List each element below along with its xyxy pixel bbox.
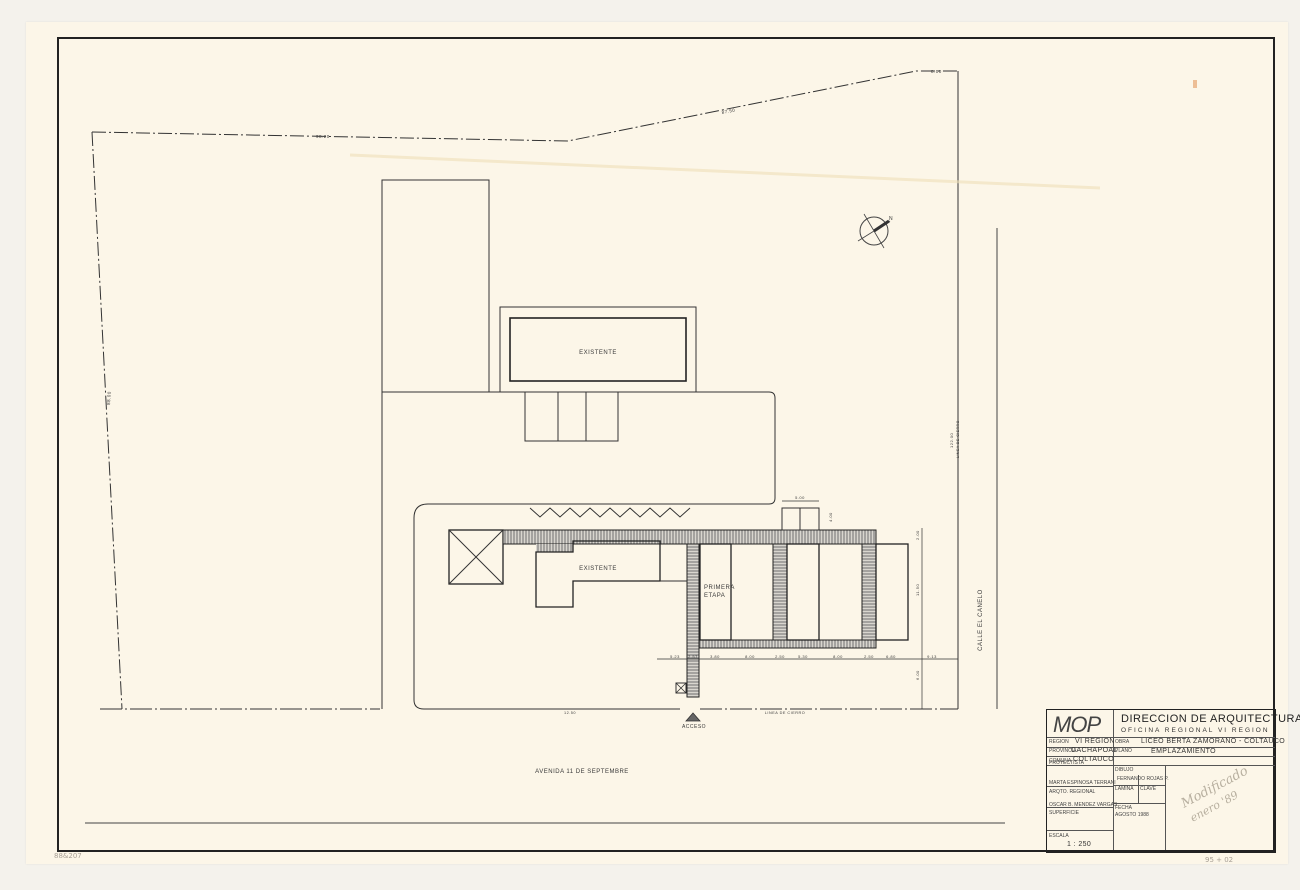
svg-text:87.50: 87.50 [721, 107, 735, 115]
svg-text:5.23: 5.23 [670, 654, 680, 659]
svg-text:4.00: 4.00 [828, 512, 833, 522]
subtitle: OFICINA REGIONAL VI REGION [1121, 727, 1270, 734]
site-boundary [92, 71, 958, 709]
corridor-access [687, 544, 699, 697]
stamp-bottom-right: 95 + 02 [1205, 856, 1233, 864]
svg-text:2.57: 2.57 [688, 654, 698, 659]
svg-text:CALLE EL CANELO: CALLE EL CANELO [978, 589, 984, 651]
title: DIRECCION DE ARQUITECTURA [1121, 713, 1300, 725]
stamp-bottom-left: 88&207 [54, 852, 82, 860]
svg-text:LINEA DE CIERRO: LINEA DE CIERRO [956, 420, 960, 458]
arqto-value: OSCAR B. MENDEZ VARGAS [1049, 802, 1117, 808]
mop-logo: MOP [1053, 712, 1100, 738]
svg-text:ACCESO: ACCESO [682, 724, 706, 730]
access-triangle-icon [686, 713, 700, 721]
svg-text:PRIMERA: PRIMERA [704, 585, 735, 591]
svg-text:88.00: 88.00 [106, 391, 112, 405]
plano-value: EMPLAZAMIENTO [1151, 748, 1216, 755]
svg-text:8.00: 8.00 [745, 654, 755, 659]
svg-text:AVENIDA 11 DE SEPTEMBRE: AVENIDA 11 DE SEPTEMBRE [535, 769, 629, 775]
corridor-right [862, 544, 876, 640]
svg-text:EXISTENTE: EXISTENTE [579, 566, 617, 572]
svg-text:8.00: 8.00 [931, 69, 942, 74]
zigzag-canopy [530, 508, 690, 517]
svg-text:11.50: 11.50 [915, 584, 920, 596]
svg-text:12.50: 12.50 [564, 711, 576, 715]
courtyard-outline [382, 392, 775, 709]
building-primera-etapa [700, 544, 731, 640]
svg-text:2.50: 2.50 [775, 654, 785, 659]
corridor-mid [773, 544, 787, 640]
annex [525, 392, 618, 441]
svg-text:2.50: 2.50 [864, 654, 874, 659]
svg-text:2.00: 2.00 [915, 530, 920, 540]
svg-text:6.80: 6.80 [886, 654, 896, 659]
svg-text:5.30: 5.30 [798, 654, 808, 659]
corridor-bottom [699, 640, 876, 648]
corridor-top [503, 530, 876, 544]
fecha-value: AGOSTO 1988 [1115, 812, 1149, 818]
classroom-3 [876, 544, 908, 640]
escala-value: 1 : 250 [1067, 841, 1091, 848]
svg-text:N: N [889, 216, 893, 222]
north-arrow-icon: N [858, 214, 893, 248]
dibujo-value: FERNANDO ROJAS P. [1117, 776, 1169, 782]
svg-text:5.00: 5.00 [795, 495, 805, 500]
building-left [382, 180, 489, 392]
svg-text:EXISTENTE: EXISTENTE [579, 350, 617, 356]
svg-text:98.20: 98.20 [316, 134, 330, 139]
svg-text:6.00: 6.00 [915, 670, 920, 680]
region-value: VI REGION [1075, 738, 1115, 745]
svg-text:3.80: 3.80 [710, 654, 720, 659]
provincia-value: CACHAPOAL [1071, 747, 1118, 754]
svg-text:LINEA DE CIERRO: LINEA DE CIERRO [765, 711, 805, 715]
proyectista-value: MARTA ESPINOSA TERRANI [1049, 780, 1116, 786]
obra-value: LICEO BERTA ZAMORANO - COLTAUCO [1141, 738, 1285, 745]
svg-text:122.00: 122.00 [949, 432, 954, 448]
classroom-2 [787, 544, 819, 640]
svg-text:9.13: 9.13 [927, 654, 937, 659]
svg-text:ETAPA: ETAPA [704, 593, 725, 599]
svg-text:8.00: 8.00 [833, 654, 843, 659]
